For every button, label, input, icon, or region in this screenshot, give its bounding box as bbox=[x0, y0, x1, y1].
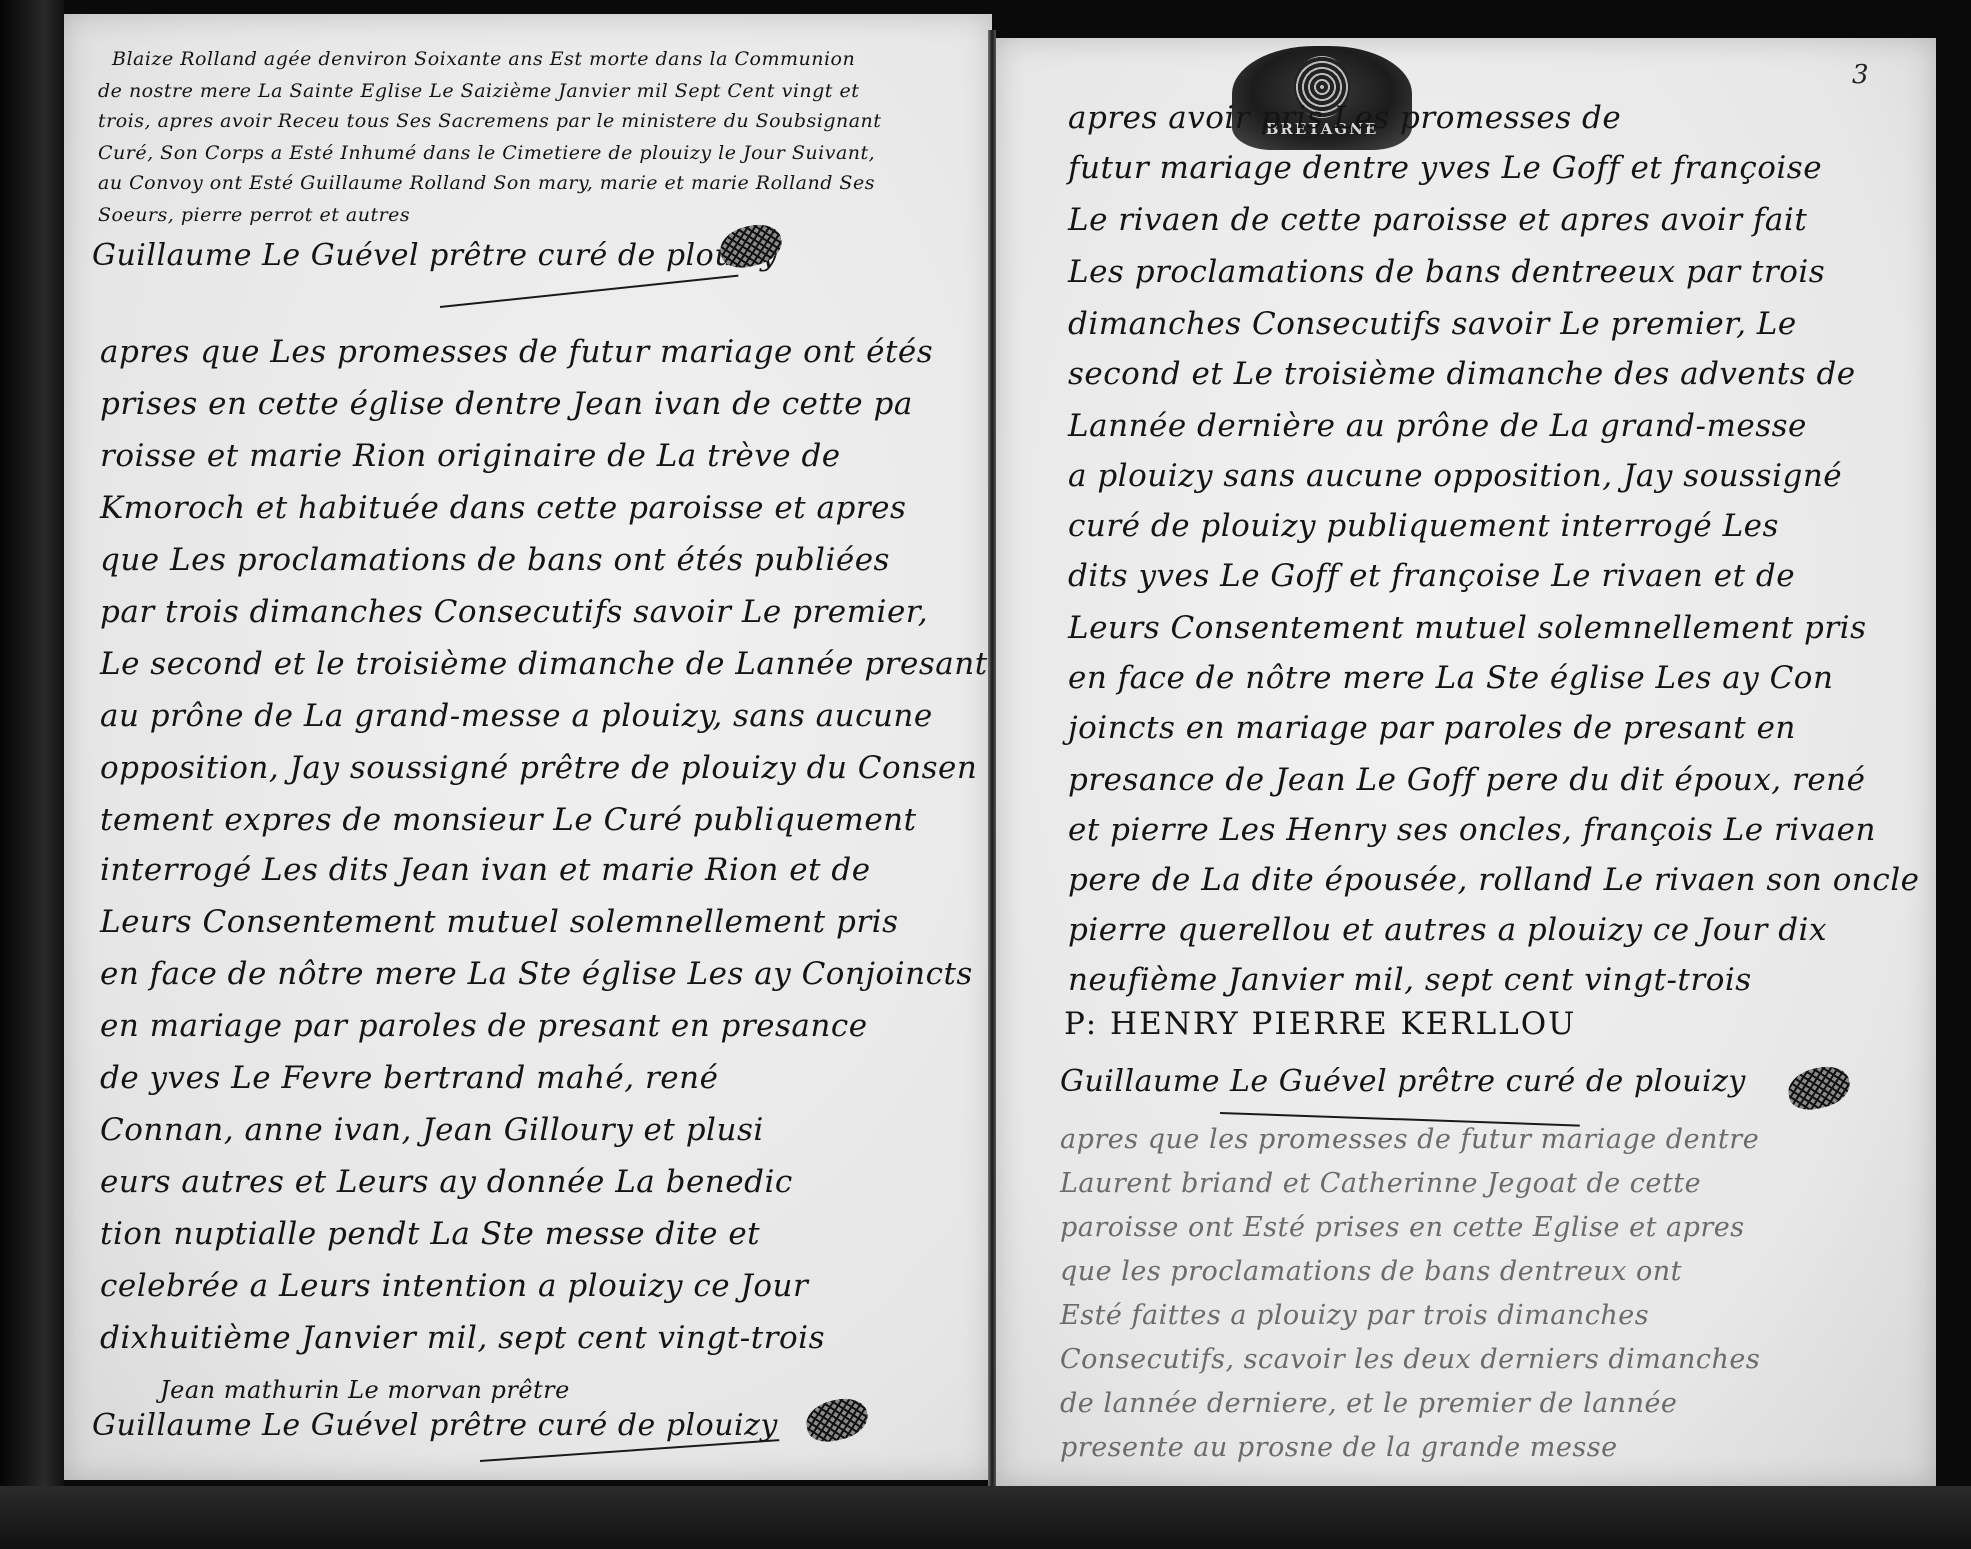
marriage-line: dixhuitième Janvier mil, sept cent vingt… bbox=[100, 1320, 825, 1356]
faded-line: apres que les promesses de futur mariage… bbox=[1060, 1124, 1759, 1155]
marriage-line: Leurs Consentement mutuel solemnellement… bbox=[100, 904, 898, 940]
burial-line: trois, apres avoir Receu tous Ses Sacrem… bbox=[98, 110, 881, 132]
faded-line: Esté faittes a plouizy par trois dimanch… bbox=[1060, 1300, 1649, 1331]
marriage-line: par trois dimanches Consecutifs savoir L… bbox=[100, 594, 928, 630]
marriage-line: futur mariage dentre yves Le Goff et fra… bbox=[1068, 150, 1822, 186]
marriage-line: Le rivaen de cette paroisse et apres avo… bbox=[1068, 202, 1807, 238]
priest-signature: Guillaume Le Guével prêtre curé de ploui… bbox=[1060, 1064, 1746, 1099]
marriage-line: et pierre Les Henry ses oncles, françois… bbox=[1068, 812, 1876, 848]
marriage-line: interrogé Les dits Jean ivan et marie Ri… bbox=[100, 852, 871, 888]
marriage-line: dimanches Consecutifs savoir Le premier,… bbox=[1068, 306, 1797, 342]
marriage-line: apres que Les promesses de futur mariage… bbox=[100, 334, 933, 370]
marriage-line: joincts en mariage par paroles de presan… bbox=[1068, 710, 1796, 746]
burial-line: Blaize Rolland agée denviron Soixante an… bbox=[112, 48, 855, 70]
burial-line: Curé, Son Corps a Esté Inhumé dans le Ci… bbox=[98, 142, 875, 164]
burial-line: de nostre mere La Sainte Eglise Le Saizi… bbox=[98, 80, 859, 102]
faded-line: de lannée derniere, et le premier de lan… bbox=[1060, 1388, 1677, 1419]
marriage-line: dits yves Le Goff et françoise Le rivaen… bbox=[1068, 558, 1795, 594]
marriage-line: pere de La dite épousée, rolland Le riva… bbox=[1068, 862, 1920, 898]
marriage-line: en face de nôtre mere La Ste église Les … bbox=[1068, 660, 1833, 696]
marriage-line: que Les proclamations de bans ont étés p… bbox=[100, 542, 890, 578]
marriage-line: Les proclamations de bans dentreeux par … bbox=[1068, 254, 1825, 290]
marriage-line: second et Le troisième dimanche des adve… bbox=[1068, 356, 1856, 392]
burial-line: Soeurs, pierre perrot et autres bbox=[98, 204, 410, 226]
priest-signature: Guillaume Le Guével prêtre curé de ploui… bbox=[92, 238, 778, 273]
marriage-line: en face de nôtre mere La Ste église Les … bbox=[100, 956, 973, 992]
marriage-line: opposition, Jay soussigné prêtre de plou… bbox=[100, 750, 977, 786]
witness-signature: P: HENRY PIERRE KERLLOU bbox=[1064, 1006, 1576, 1042]
marriage-line: presance de Jean Le Goff pere du dit épo… bbox=[1068, 762, 1866, 798]
marriage-line: celebrée a Leurs intention a plouizy ce … bbox=[100, 1268, 808, 1304]
marriage-line: de yves Le Fevre bertrand mahé, rené bbox=[100, 1060, 718, 1096]
faded-line: presente au prosne de la grande messe bbox=[1060, 1432, 1618, 1463]
folio-number: 3 bbox=[1852, 60, 1869, 90]
page-gutter bbox=[988, 30, 996, 1490]
faded-line: que les proclamations de bans dentreux o… bbox=[1060, 1256, 1682, 1287]
marriage-line: Connan, anne ivan, Jean Gilloury et plus… bbox=[100, 1112, 764, 1148]
burial-line: au Convoy ont Esté Guillaume Rolland Son… bbox=[98, 172, 875, 194]
witness-signature: Jean mathurin Le morvan prêtre bbox=[160, 1376, 570, 1404]
faded-line: Consecutifs, scavoir les deux derniers d… bbox=[1060, 1344, 1760, 1375]
faded-line: Laurent briand et Catherinne Jegoat de c… bbox=[1060, 1168, 1701, 1199]
marriage-line: Kmoroch et habituée dans cette paroisse … bbox=[100, 490, 906, 526]
marriage-line: Le second et le troisième dimanche de La… bbox=[100, 646, 1007, 682]
marriage-line: a plouizy sans aucune opposition, Jay so… bbox=[1068, 458, 1842, 494]
marriage-line: Lannée dernière au prône de La grand-mes… bbox=[1068, 408, 1807, 444]
book-bottom-shadow bbox=[0, 1486, 1971, 1549]
marriage-line: apres avoir pris Les promesses de bbox=[1068, 100, 1621, 136]
faded-line: paroisse ont Esté prises en cette Eglise… bbox=[1060, 1212, 1745, 1243]
left-page bbox=[64, 14, 992, 1480]
marriage-line: roisse et marie Rion originaire de La tr… bbox=[100, 438, 841, 474]
book-edge-right bbox=[1936, 20, 1971, 1549]
marriage-line: pierre querellou et autres a plouizy ce … bbox=[1068, 912, 1827, 948]
marriage-line: tement expres de monsieur Le Curé publiq… bbox=[100, 802, 917, 838]
priest-signature: Guillaume Le Guével prêtre curé de ploui… bbox=[92, 1408, 778, 1443]
marriage-line: en mariage par paroles de presant en pre… bbox=[100, 1008, 868, 1044]
marriage-line: eurs autres et Leurs ay donnée La benedi… bbox=[100, 1164, 793, 1200]
marriage-line: prises en cette église dentre Jean ivan … bbox=[100, 386, 913, 422]
book-binding-left bbox=[0, 0, 64, 1549]
marriage-line: au prône de La grand-messe a plouizy, sa… bbox=[100, 698, 933, 734]
marriage-line: Leurs Consentement mutuel solemnellement… bbox=[1068, 610, 1866, 646]
marriage-line: curé de plouizy publiquement interrogé L… bbox=[1068, 508, 1779, 544]
marriage-line: tion nuptialle pendt La Ste messe dite e… bbox=[100, 1216, 760, 1252]
marriage-line: neufième Janvier mil, sept cent vingt-tr… bbox=[1068, 962, 1752, 998]
